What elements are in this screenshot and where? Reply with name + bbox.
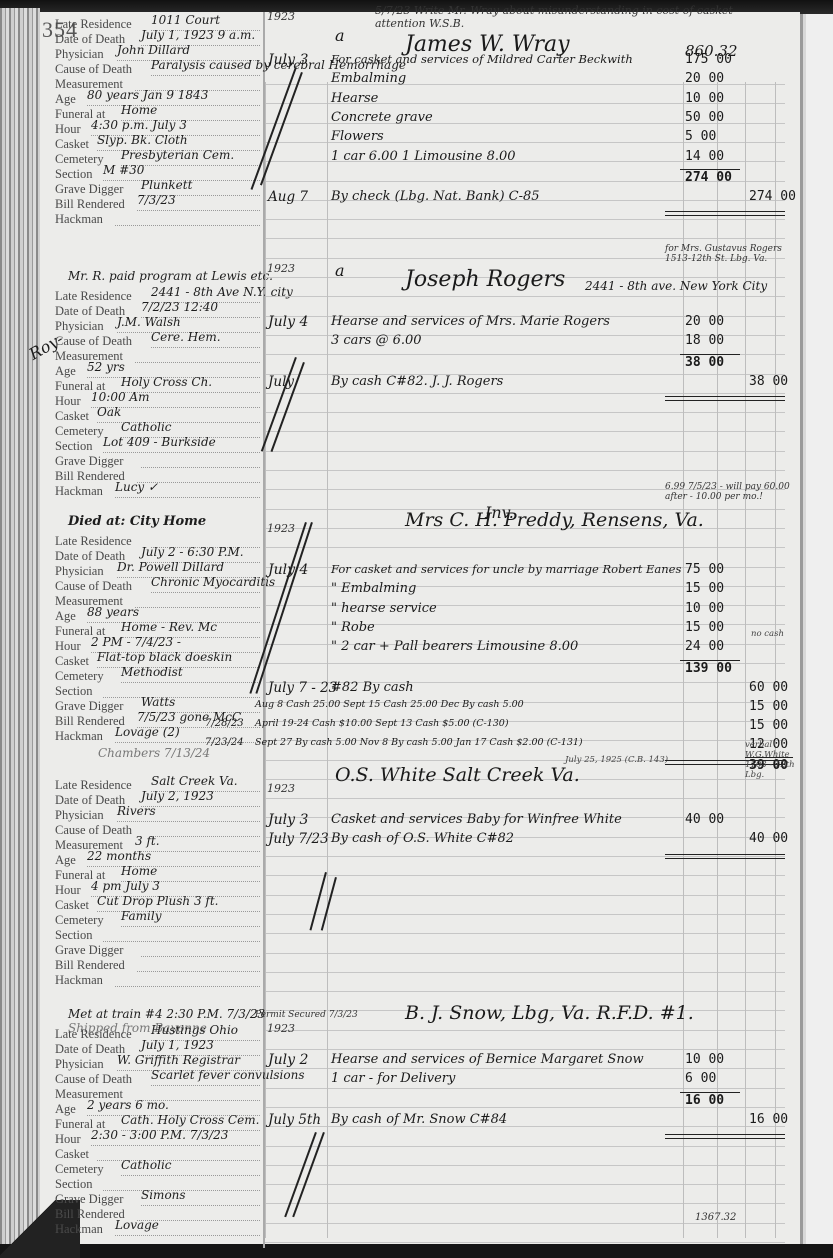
entry-mark: a xyxy=(335,261,345,280)
field-value: Lot 409 - Burkside xyxy=(103,435,216,449)
field-label: Cause of Death xyxy=(55,334,132,349)
line-description: Flowers xyxy=(331,129,384,144)
form-field-date-of-death: Date of DeathJuly 2, 1923 xyxy=(55,793,260,809)
field-label: Hour xyxy=(55,883,81,898)
entry-note-above: Met at train #4 2:30 P.M. 7/3/23 xyxy=(68,1007,265,1021)
field-value: Presbyterian Cem. xyxy=(121,148,234,162)
field-label: Hour xyxy=(55,1132,81,1147)
field-value: M #30 xyxy=(103,163,144,177)
payment-description: April 19-24 Cash $10.00 Sept 13 Cash $5.… xyxy=(255,718,509,729)
payment-amount: 40 00 xyxy=(749,831,788,846)
form-field-funeral-at: Funeral atHoly Cross Ch. xyxy=(55,379,260,395)
field-label: Cause of Death xyxy=(55,579,132,594)
field-value: John Dillard xyxy=(117,43,190,57)
ruled-line xyxy=(265,1242,785,1243)
entry-note-above: Died at: City Home xyxy=(68,514,206,529)
payment-description: By check (Lbg. Nat. Bank) C-85 xyxy=(331,189,540,204)
double-rule-line xyxy=(665,858,785,859)
field-value: Hustings Ohio xyxy=(151,1023,238,1037)
payment-date: 7/23/24 xyxy=(205,737,244,748)
field-dotted-line xyxy=(115,497,260,498)
line-description: 3 cars @ 6.00 xyxy=(331,333,422,348)
payment-amount: 60 00 xyxy=(749,680,788,695)
ruled-line xyxy=(265,1049,785,1050)
line-description: 1 car 6.00 1 Limousine 8.00 xyxy=(331,149,516,164)
double-rule-line xyxy=(665,215,785,216)
field-value: 52 yrs xyxy=(87,360,125,374)
check-slash-mark xyxy=(260,72,303,185)
field-label: Cemetery xyxy=(55,1162,104,1177)
form-field-cause-of-death: Cause of DeathScarlet fever convulsions xyxy=(55,1072,260,1088)
field-label: Cause of Death xyxy=(55,823,132,838)
field-label: Age xyxy=(55,609,76,624)
field-value: Slyp. Bk. Cloth xyxy=(97,133,188,147)
payment-date: July 7/23 xyxy=(268,831,329,847)
field-dotted-line xyxy=(103,697,260,698)
entry-mark: a xyxy=(335,26,345,45)
line-amount: 175 00 xyxy=(685,52,732,67)
field-label: Grave Digger xyxy=(55,699,123,714)
entry-year: 1923 xyxy=(267,522,295,535)
field-value: Holy Cross Ch. xyxy=(121,375,212,389)
field-dotted-line xyxy=(103,452,260,453)
double-rule-line xyxy=(665,396,785,397)
form-field-cause-of-death: Cause of DeathChronic Myocarditis xyxy=(55,579,260,595)
field-label: Age xyxy=(55,364,76,379)
field-label: Section xyxy=(55,167,93,182)
field-dotted-line xyxy=(87,105,260,106)
field-label: Casket xyxy=(55,654,89,669)
form-field-measurement: Measurement xyxy=(55,349,260,365)
payment-date: 7/28/23 xyxy=(205,718,244,729)
form-extra-note: Chambers 7/13/24 xyxy=(98,746,210,760)
line-date: July 3 xyxy=(268,812,308,828)
field-dotted-line xyxy=(135,607,260,608)
field-dotted-line xyxy=(103,941,260,942)
field-dotted-line xyxy=(137,210,260,211)
field-value: July 1, 1923 xyxy=(141,1038,214,1052)
deceased-forms-column: Late Residence1011 CourtDate of DeathJul… xyxy=(40,12,263,1248)
payment-date: July 5th xyxy=(268,1112,321,1128)
field-value: Chronic Myocarditis xyxy=(151,575,275,589)
payment-amount: 274 00 xyxy=(749,189,796,204)
field-label: Hour xyxy=(55,122,81,137)
form-field-physician: PhysicianRivers xyxy=(55,808,260,824)
field-dotted-line xyxy=(91,1145,260,1146)
field-label: Hackman xyxy=(55,973,103,988)
field-label: Section xyxy=(55,684,93,699)
double-rule-line xyxy=(665,1134,785,1135)
ruled-line xyxy=(265,895,785,896)
line-date: July 2 xyxy=(268,1052,308,1068)
entry-year: 1923 xyxy=(267,10,295,23)
field-value: 10:00 Am xyxy=(91,390,149,404)
field-label: Cemetery xyxy=(55,424,104,439)
field-value: Rivers xyxy=(117,804,156,818)
ruled-line xyxy=(265,953,785,954)
line-amount: 50 00 xyxy=(685,110,724,125)
field-label: Cemetery xyxy=(55,669,104,684)
field-value: Catholic xyxy=(121,1158,172,1172)
field-label: Hackman xyxy=(55,1222,103,1237)
line-date: July 3 xyxy=(268,52,308,68)
ruled-line xyxy=(265,412,785,413)
field-label: Physician xyxy=(55,319,104,334)
field-label: Age xyxy=(55,853,76,868)
line-description: " Embalming xyxy=(331,581,416,596)
field-label: Date of Death xyxy=(55,32,125,47)
payment-description: By cash C#82. J. J. Rogers xyxy=(331,374,503,389)
ruled-line xyxy=(265,238,785,239)
field-value: July 1, 1923 9 a.m. xyxy=(141,28,255,42)
line-description: Embalming xyxy=(331,71,406,86)
form-field-cemetery: CemeteryMethodist xyxy=(55,669,260,685)
field-dotted-line xyxy=(135,362,260,363)
field-value: 7/2/23 12:40 xyxy=(141,300,218,314)
field-value: 88 years xyxy=(87,605,139,619)
entry-year: 1923 xyxy=(267,1022,295,1035)
payment-amount: 38 00 xyxy=(749,374,788,389)
field-dotted-line xyxy=(151,592,260,593)
payment-amount: 15 00 xyxy=(749,699,788,714)
field-label: Casket xyxy=(55,1147,89,1162)
field-value: Lucy ✓ xyxy=(115,480,158,494)
field-value: Oak xyxy=(97,405,121,419)
field-dotted-line xyxy=(151,836,260,837)
double-rule-line xyxy=(665,854,785,855)
line-amount: 6 00 xyxy=(685,1071,716,1086)
field-label: Hour xyxy=(55,639,81,654)
field-dotted-line xyxy=(115,1235,260,1236)
form-field-hackman: HackmanLucy ✓ xyxy=(55,484,260,500)
field-value: 2 PM - 7/4/23 - xyxy=(91,635,181,649)
line-amount: 20 00 xyxy=(685,314,724,329)
field-value: Simons xyxy=(141,1188,186,1202)
payment-description: Aug 8 Cash 25.00 Sept 15 Cash 25.00 Dec … xyxy=(255,699,524,710)
field-label: Hour xyxy=(55,394,81,409)
field-label: Hackman xyxy=(55,212,103,227)
form-field-hackman: Hackman xyxy=(55,973,260,989)
field-label: Late Residence xyxy=(55,17,132,32)
check-slash-mark xyxy=(261,357,297,452)
ruled-line xyxy=(265,296,785,297)
field-dotted-line xyxy=(137,971,260,972)
field-dotted-line xyxy=(87,866,260,867)
line-description: " hearse service xyxy=(331,601,437,616)
field-label: Late Residence xyxy=(55,778,132,793)
field-label: Hackman xyxy=(55,729,103,744)
payment-date: July 7 - 23 xyxy=(268,680,337,696)
form-field-cause-of-death: Cause of DeathCere. Hem. xyxy=(55,334,260,350)
account-name: B. J. Snow, Lbg, Va. R.F.D. #1. xyxy=(405,1002,694,1024)
ruled-line xyxy=(265,933,785,934)
field-value: Watts xyxy=(141,695,175,709)
ruled-line xyxy=(265,1184,785,1185)
subtotal-amount: 139 00 xyxy=(685,661,732,676)
ruled-line xyxy=(265,219,785,220)
field-dotted-line xyxy=(115,225,260,226)
form-field-section: SectionLot 409 - Burkside xyxy=(55,439,260,455)
line-amount: 40 00 xyxy=(685,812,724,827)
line-description: Casket and services Baby for Winfree Whi… xyxy=(331,812,622,827)
ruled-line xyxy=(265,1088,785,1089)
line-amount: 10 00 xyxy=(685,601,724,616)
form-field-bill-rendered: Bill Rendered7/3/23 xyxy=(55,197,260,213)
field-value: July 2 - 6:30 P.M. xyxy=(141,545,244,559)
form-field-hackman: Hackman xyxy=(55,212,260,228)
form-field-age: Age22 months xyxy=(55,853,260,869)
form-field-section: Section xyxy=(55,928,260,944)
field-value: Lovage xyxy=(115,1218,159,1232)
field-dotted-line xyxy=(115,986,260,987)
account-name: Joseph Rogers xyxy=(405,267,565,292)
ledger-top-note: 6.99 7/5/23 - will pay 60.00 after - 10.… xyxy=(665,482,795,502)
field-label: Physician xyxy=(55,1057,104,1072)
entry-note-above: Mr. R. paid program at Lewis etc. xyxy=(68,269,273,283)
field-value: 22 months xyxy=(87,849,151,863)
form-field-grave-digger: Grave Digger xyxy=(55,943,260,959)
line-amount: 5 00 xyxy=(685,129,716,144)
field-value: Cut Drop Plush 3 ft. xyxy=(97,894,219,908)
line-amount: 15 00 xyxy=(685,620,724,635)
field-dotted-line xyxy=(141,467,260,468)
field-value: Salt Creek Va. xyxy=(151,774,238,788)
line-amount: 20 00 xyxy=(685,71,724,86)
page-footer-total: 1367.32 xyxy=(695,1212,736,1223)
field-value: Family xyxy=(121,909,162,923)
field-value: 4 pm July 3 xyxy=(91,879,160,893)
field-label: Physician xyxy=(55,808,104,823)
form-field-hour: Hour10:00 Am xyxy=(55,394,260,410)
double-rule-line xyxy=(665,211,785,212)
field-value: 4:30 p.m. July 3 xyxy=(91,118,187,132)
field-dotted-line xyxy=(141,956,260,957)
field-label: Age xyxy=(55,92,76,107)
ruled-line xyxy=(265,393,785,394)
payment-description: By cash of Mr. Snow C#84 xyxy=(331,1112,507,1127)
field-label: Casket xyxy=(55,137,89,152)
field-label: Cemetery xyxy=(55,152,104,167)
subtotal-amount: 274 00 xyxy=(685,170,732,185)
field-label: Late Residence xyxy=(55,289,132,304)
field-dotted-line xyxy=(135,851,260,852)
ledger-column-rule xyxy=(327,82,328,1238)
field-value: Flat-top black doeskin xyxy=(97,650,232,664)
entry-year: 1923 xyxy=(267,782,295,795)
field-value: 2:30 - 3:00 P.M. 7/3/23 xyxy=(91,1128,228,1142)
line-description: " Robe xyxy=(331,620,375,635)
form-field-bill-rendered: Bill Rendered xyxy=(55,958,260,974)
final-note: July 25, 1925 (C.B. 143) xyxy=(565,755,668,765)
field-value: 7/3/23 xyxy=(137,193,176,207)
form-field-age: Age80 years Jan 9 1843 xyxy=(55,92,260,108)
ruled-line xyxy=(265,1068,785,1069)
field-label: Cause of Death xyxy=(55,62,132,77)
field-label: Date of Death xyxy=(55,549,125,564)
page-edges-left xyxy=(0,8,40,1258)
field-label: Late Residence xyxy=(55,534,132,549)
ruled-line xyxy=(265,1165,785,1166)
account-address: 2441 - 8th ave. New York City xyxy=(585,279,767,293)
field-value: Home - Rev. Mc xyxy=(121,620,217,634)
field-label: Section xyxy=(55,928,93,943)
line-amount: 24 00 xyxy=(685,639,724,654)
field-label: Grave Digger xyxy=(55,454,123,469)
form-field-cemetery: CemeteryPresbyterian Cem. xyxy=(55,152,260,168)
form-field-hour: Hour2:30 - 3:00 P.M. 7/3/23 xyxy=(55,1132,260,1148)
form-field-measurement: Measurement3 ft. xyxy=(55,838,260,854)
ruled-line xyxy=(265,451,785,452)
line-description: Concrete grave xyxy=(331,110,433,125)
ruled-line xyxy=(265,991,785,992)
payment-amount: 15 00 xyxy=(749,718,788,733)
field-label: Casket xyxy=(55,409,89,424)
field-dotted-line xyxy=(151,1085,260,1086)
ruled-line xyxy=(265,1203,785,1204)
field-label: Late Residence xyxy=(55,1027,132,1042)
field-label: Hackman xyxy=(55,484,103,499)
field-label: Age xyxy=(55,1102,76,1117)
line-amount: 14 00 xyxy=(685,149,724,164)
field-label: Physician xyxy=(55,47,104,62)
field-value: 1011 Court xyxy=(151,13,220,27)
form-field-measurement: Measurement xyxy=(55,594,260,610)
line-description: Hearse and services of Bernice Margaret … xyxy=(331,1052,644,1067)
entry-year: 1923 xyxy=(267,262,295,275)
field-label: Casket xyxy=(55,898,89,913)
field-dotted-line xyxy=(121,926,260,927)
line-amount: 18 00 xyxy=(685,333,724,348)
account-ledger: 5/7/23 Write Mr. Wray about misunderstan… xyxy=(265,12,800,1248)
ledger-top-note: 5/7/23 Write Mr. Wray about misunderstan… xyxy=(375,4,755,30)
field-dotted-line xyxy=(151,75,260,76)
field-label: Date of Death xyxy=(55,304,125,319)
form-field-grave-digger: Grave Digger xyxy=(55,454,260,470)
field-value: Lovage (2) xyxy=(115,725,180,739)
field-label: Bill Rendered xyxy=(55,197,125,212)
line-description: " 2 car + Pall bearers Limousine 8.00 xyxy=(331,639,578,654)
line-description: Hearse xyxy=(331,91,378,106)
form-field-hackman: HackmanLovage xyxy=(55,1222,260,1238)
field-value: Plunkett xyxy=(141,178,192,192)
payment-description: By cash of O.S. White C#82 xyxy=(331,831,514,846)
form-field-grave-digger: Grave DiggerSimons xyxy=(55,1192,260,1208)
side-note: verbal W.G.White 1103 - 12th Lbg. xyxy=(745,740,805,780)
field-value: July 2, 1923 xyxy=(141,789,214,803)
field-label: Section xyxy=(55,1177,93,1192)
payment-description: #82 By cash xyxy=(331,680,414,695)
side-note: no cash xyxy=(751,629,784,639)
subtotal-amount: 16 00 xyxy=(685,1093,724,1108)
line-amount: 15 00 xyxy=(685,581,724,596)
ruled-line xyxy=(265,798,785,799)
field-value: J.M. Walsh xyxy=(117,315,181,329)
ruled-line xyxy=(265,875,785,876)
ledger-top-note: for Mrs. Gustavus Rogers 1513-12th St. L… xyxy=(665,244,795,264)
field-value: Cere. Hem. xyxy=(151,330,221,344)
field-value: Catholic xyxy=(121,420,172,434)
payment-date: Aug 7 xyxy=(268,189,308,205)
field-label: Date of Death xyxy=(55,793,125,808)
line-amount: 10 00 xyxy=(685,91,724,106)
account-name: Mrs C. H. Preddy, Rensens, Va. xyxy=(405,509,704,531)
field-label: Grave Digger xyxy=(55,182,123,197)
double-rule-line xyxy=(665,1138,785,1139)
page-edge-right xyxy=(800,14,833,1258)
field-dotted-line xyxy=(117,821,260,822)
field-label: Grave Digger xyxy=(55,943,123,958)
ruled-line xyxy=(265,914,785,915)
ruled-line xyxy=(265,470,785,471)
field-value: 80 years Jan 9 1843 xyxy=(87,88,208,102)
field-label: Cemetery xyxy=(55,913,104,928)
field-dotted-line xyxy=(141,806,260,807)
payment-description: Sept 27 By cash 5.00 Nov 8 By cash 5.00 … xyxy=(255,737,583,748)
line-amount: 75 00 xyxy=(685,562,724,577)
field-value: Home xyxy=(121,103,157,117)
ruled-line xyxy=(265,547,785,548)
field-dotted-line xyxy=(151,347,260,348)
line-date: July 4 xyxy=(268,314,308,330)
field-value: 3 ft. xyxy=(135,834,160,848)
form-field-cemetery: CemeteryCatholic xyxy=(55,1162,260,1178)
field-value: Methodist xyxy=(121,665,183,679)
line-description: For casket and services of Mildred Carte… xyxy=(331,52,633,66)
double-rule-line xyxy=(665,400,785,401)
line-description: Hearse and services of Mrs. Marie Rogers xyxy=(331,314,610,329)
field-value: 2 years 6 mo. xyxy=(87,1098,169,1112)
ruled-line xyxy=(265,431,785,432)
form-field-cemetery: CemeteryFamily xyxy=(55,913,260,929)
field-label: Physician xyxy=(55,564,104,579)
subtotal-amount: 38 00 xyxy=(685,355,724,370)
line-amount: 10 00 xyxy=(685,1052,724,1067)
line-description: For casket and services for uncle by mar… xyxy=(331,562,681,576)
field-dotted-line xyxy=(121,1175,260,1176)
field-value: Cath. Holy Cross Cem. xyxy=(121,1113,259,1127)
field-label: Bill Rendered xyxy=(55,958,125,973)
field-dotted-line xyxy=(141,1205,260,1206)
form-field-cause-of-death: Cause of DeathParalysis caused by cerebr… xyxy=(55,62,260,78)
field-label: Cause of Death xyxy=(55,1072,132,1087)
account-name: O.S. White Salt Creek Va. xyxy=(335,764,580,786)
ruled-line xyxy=(265,1146,785,1147)
field-dotted-line xyxy=(121,682,260,683)
field-label: Grave Digger xyxy=(55,1192,123,1207)
field-value: Home xyxy=(121,864,157,878)
ruled-line xyxy=(265,972,785,973)
field-label: Date of Death xyxy=(55,1042,125,1057)
field-label: Section xyxy=(55,439,93,454)
payment-amount: 16 00 xyxy=(749,1112,788,1127)
field-value: W. Griffith Registrar xyxy=(117,1053,240,1067)
ruled-line xyxy=(265,1030,785,1031)
line-description: 1 car - for Delivery xyxy=(331,1071,455,1086)
field-value: Dr. Powell Dillard xyxy=(117,560,224,574)
